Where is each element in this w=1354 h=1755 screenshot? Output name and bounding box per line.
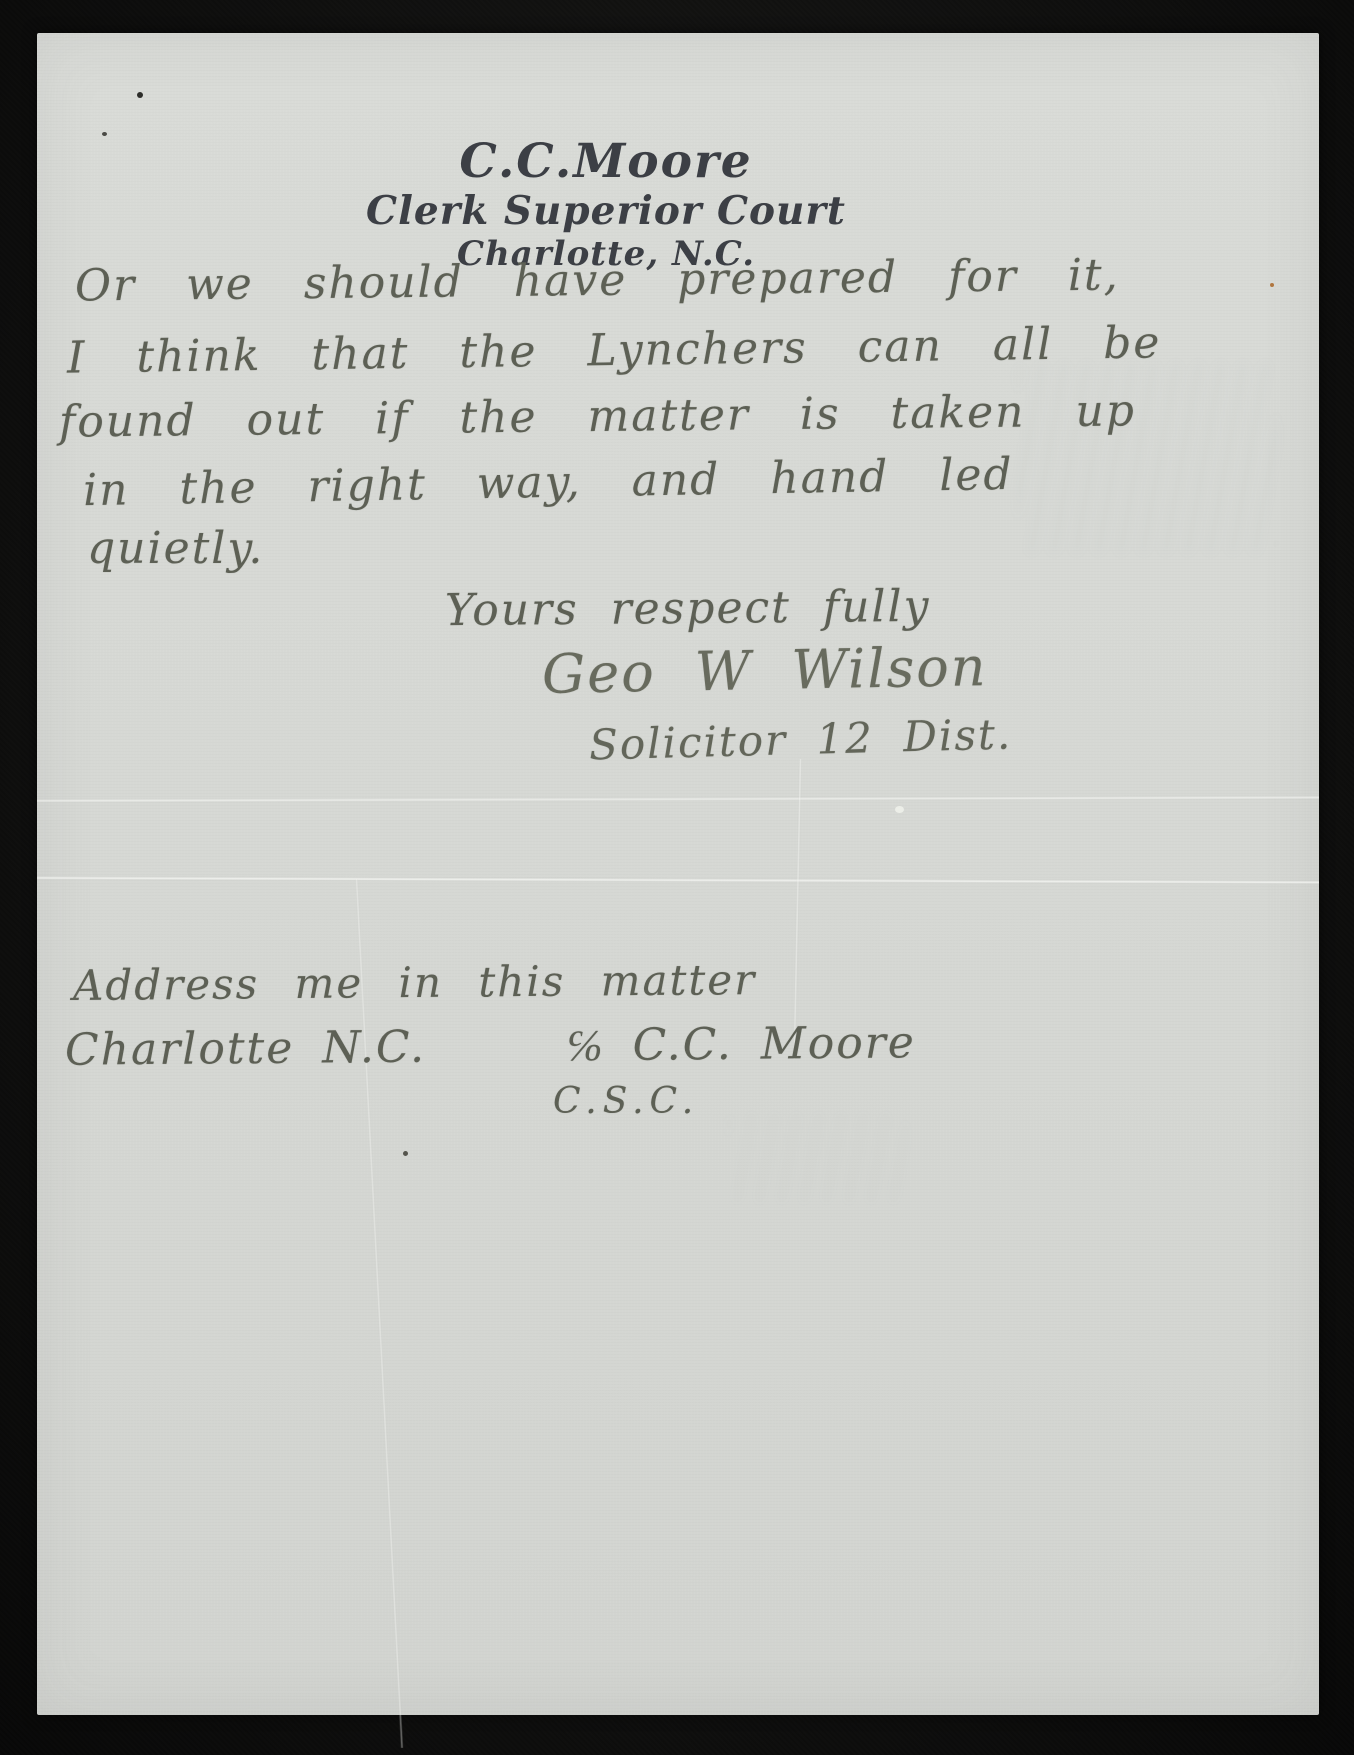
postscript-line-3: C.S.C.: [553, 1081, 699, 1122]
fold-crease-horizontal-upper: [37, 795, 1319, 802]
postscript-line-2: Charlotte N.C. ℅ C.C. Moore: [65, 1017, 916, 1075]
signature-title: Solicitor 12 Dist.: [588, 709, 1012, 769]
scan-background: C.C.Moore Clerk Superior Court Charlotte…: [0, 0, 1354, 1755]
fold-crease-vertical-lower: [355, 879, 404, 1748]
paper-speck: [1270, 283, 1274, 287]
handwritten-body-line-5: quietly.: [87, 523, 264, 574]
paper-speck: [137, 92, 143, 98]
fold-crease-horizontal-lower: [37, 876, 1319, 884]
letter-page: C.C.Moore Clerk Superior Court Charlotte…: [37, 33, 1319, 1715]
paper-fleck: [895, 806, 904, 813]
handwritten-body-line-3: found out if the matter is taken up: [59, 385, 1136, 447]
fold-crease-vertical-upper: [793, 759, 802, 1059]
handwritten-body-line-4: in the right way, and hand led: [83, 449, 1014, 516]
signature: Geo W Wilson: [541, 635, 988, 706]
valediction: Yours respect fully: [445, 581, 931, 636]
letterhead-title: Clerk Superior Court: [37, 189, 1175, 234]
postscript-line-1: Address me in this matter: [73, 955, 757, 1010]
handwritten-body-line-1: Or we should have prepared for it,: [75, 250, 1120, 312]
handwritten-body-line-2: I think that the Lynchers can all be: [67, 317, 1162, 383]
paper-speck: [403, 1151, 408, 1156]
letterhead-name: C.C.Moore: [37, 135, 1175, 189]
ink-bleed-through: [727, 1113, 907, 1203]
